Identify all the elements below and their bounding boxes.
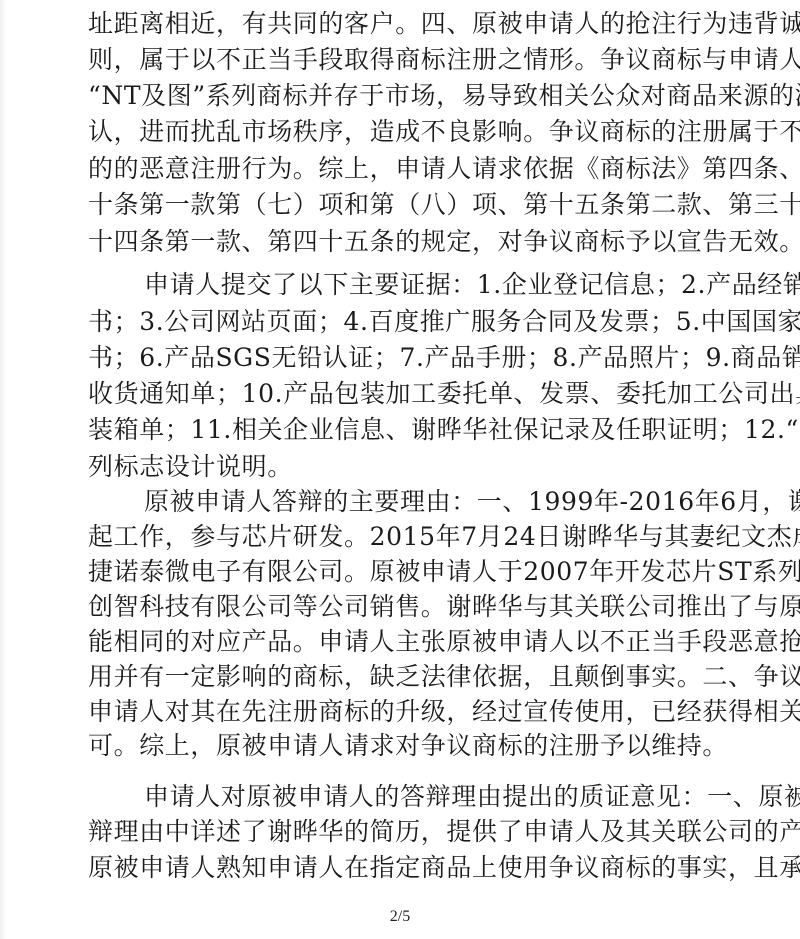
paragraph-2-line-2: 书；3.公司网站页面；4.百度推广服务合同及发票；5.中国国家顶级域名证 bbox=[88, 304, 714, 340]
paragraph-2-line-3: 书；6.产品SGS无铅认证；7.产品手册；8.产品照片；9.商品销售发票及对应 bbox=[88, 340, 714, 376]
paragraph-2-line-1: 申请人提交了以下主要证据：1.企业登记信息；2.产品经销许可授权 bbox=[144, 267, 714, 303]
paragraph-3-line-3: 捷诺泰微电子有限公司。原被申请人于2007年开发芯片ST系列，由青岛联合 bbox=[88, 554, 714, 590]
paragraph-1-line-7: 十四条第一款、第四十五条的规定，对争议商标予以宣告无效。 bbox=[88, 224, 714, 260]
paragraph-1-line-3: “NT及图”系列商标并存于市场，易导致相关公众对商品来源的混淆误 bbox=[88, 78, 714, 114]
paragraph-4-line-3: 原被申请人熟知申请人在指定商品上使用争议商标的事实，且承认与谢晔华 bbox=[88, 850, 714, 886]
paragraph-4-line-2: 辩理由中详述了谢晔华的简历，提供了申请人及其关联公司的产品型号。故 bbox=[88, 814, 714, 850]
paragraph-3-line-7: 申请人对其在先注册商标的升级，经过宣传使用，已经获得相关公众的认 bbox=[88, 694, 714, 730]
paragraph-3-line-5: 能相同的对应产品。申请人主张原被申请人以不正当手段恶意抢注其在先使 bbox=[88, 624, 714, 660]
paragraph-1-line-4: 认，进而扰乱市场秩序，造成不良影响。争议商标的注册属于不以使用为目 bbox=[88, 114, 714, 150]
paragraph-3-line-4: 创智科技有限公司等公司销售。谢晔华与其关联公司推出了与原被申请人功 bbox=[88, 589, 714, 625]
paragraph-3-line-8: 可。综上，原被申请人请求对争议商标的注册予以维持。 bbox=[88, 728, 714, 764]
paragraph-3-line-1: 原被申请人答辩的主要理由：一、1999年-2016年6月，谢晔华与纪刚一 bbox=[144, 484, 714, 520]
page-number: 2/5 bbox=[0, 908, 800, 926]
paragraph-1-line-5: 的的恶意注册行为。综上，申请人请求依据《商标法》第四条、第七条、第 bbox=[88, 151, 714, 187]
paragraph-2-line-6: 列标志设计说明。 bbox=[88, 449, 714, 485]
paragraph-3-line-2: 起工作，参与芯片研发。2015年7月24日谢晔华与其妻纪文杰成立深圳市华 bbox=[88, 519, 714, 555]
paragraph-4-line-1: 申请人对原被申请人的答辩理由提出的质证意见：一、原被申请人在答 bbox=[144, 779, 714, 815]
paragraph-1-line-6: 十条第一款第（七）项和第（八）项、第十五条第二款、第三十二条、第四 bbox=[88, 187, 714, 223]
paragraph-3-line-6: 用并有一定影响的商标，缺乏法律依据，且颠倒事实。二、争议商标是原被 bbox=[88, 659, 714, 695]
paragraph-1-line-1: 址距离相近，有共同的客户。四、原被申请人的抢注行为违背诚实信用原 bbox=[88, 6, 714, 42]
paragraph-2-line-4: 收货通知单；10.产品包装加工委托单、发票、委托加工公司出具的证明、 bbox=[88, 376, 714, 412]
paragraph-1-line-2: 则，属于以不正当手段取得商标注册之情形。争议商标与申请人在先使用的 bbox=[88, 42, 714, 78]
paragraph-2-line-5: 装箱单；11.相关企业信息、谢晔华社保记录及任职证明；12.“NT及图”系 bbox=[88, 412, 714, 448]
scan-edge bbox=[0, 0, 6, 939]
document-page: 址距离相近，有共同的客户。四、原被申请人的抢注行为违背诚实信用原 则，属于以不正… bbox=[0, 0, 800, 939]
